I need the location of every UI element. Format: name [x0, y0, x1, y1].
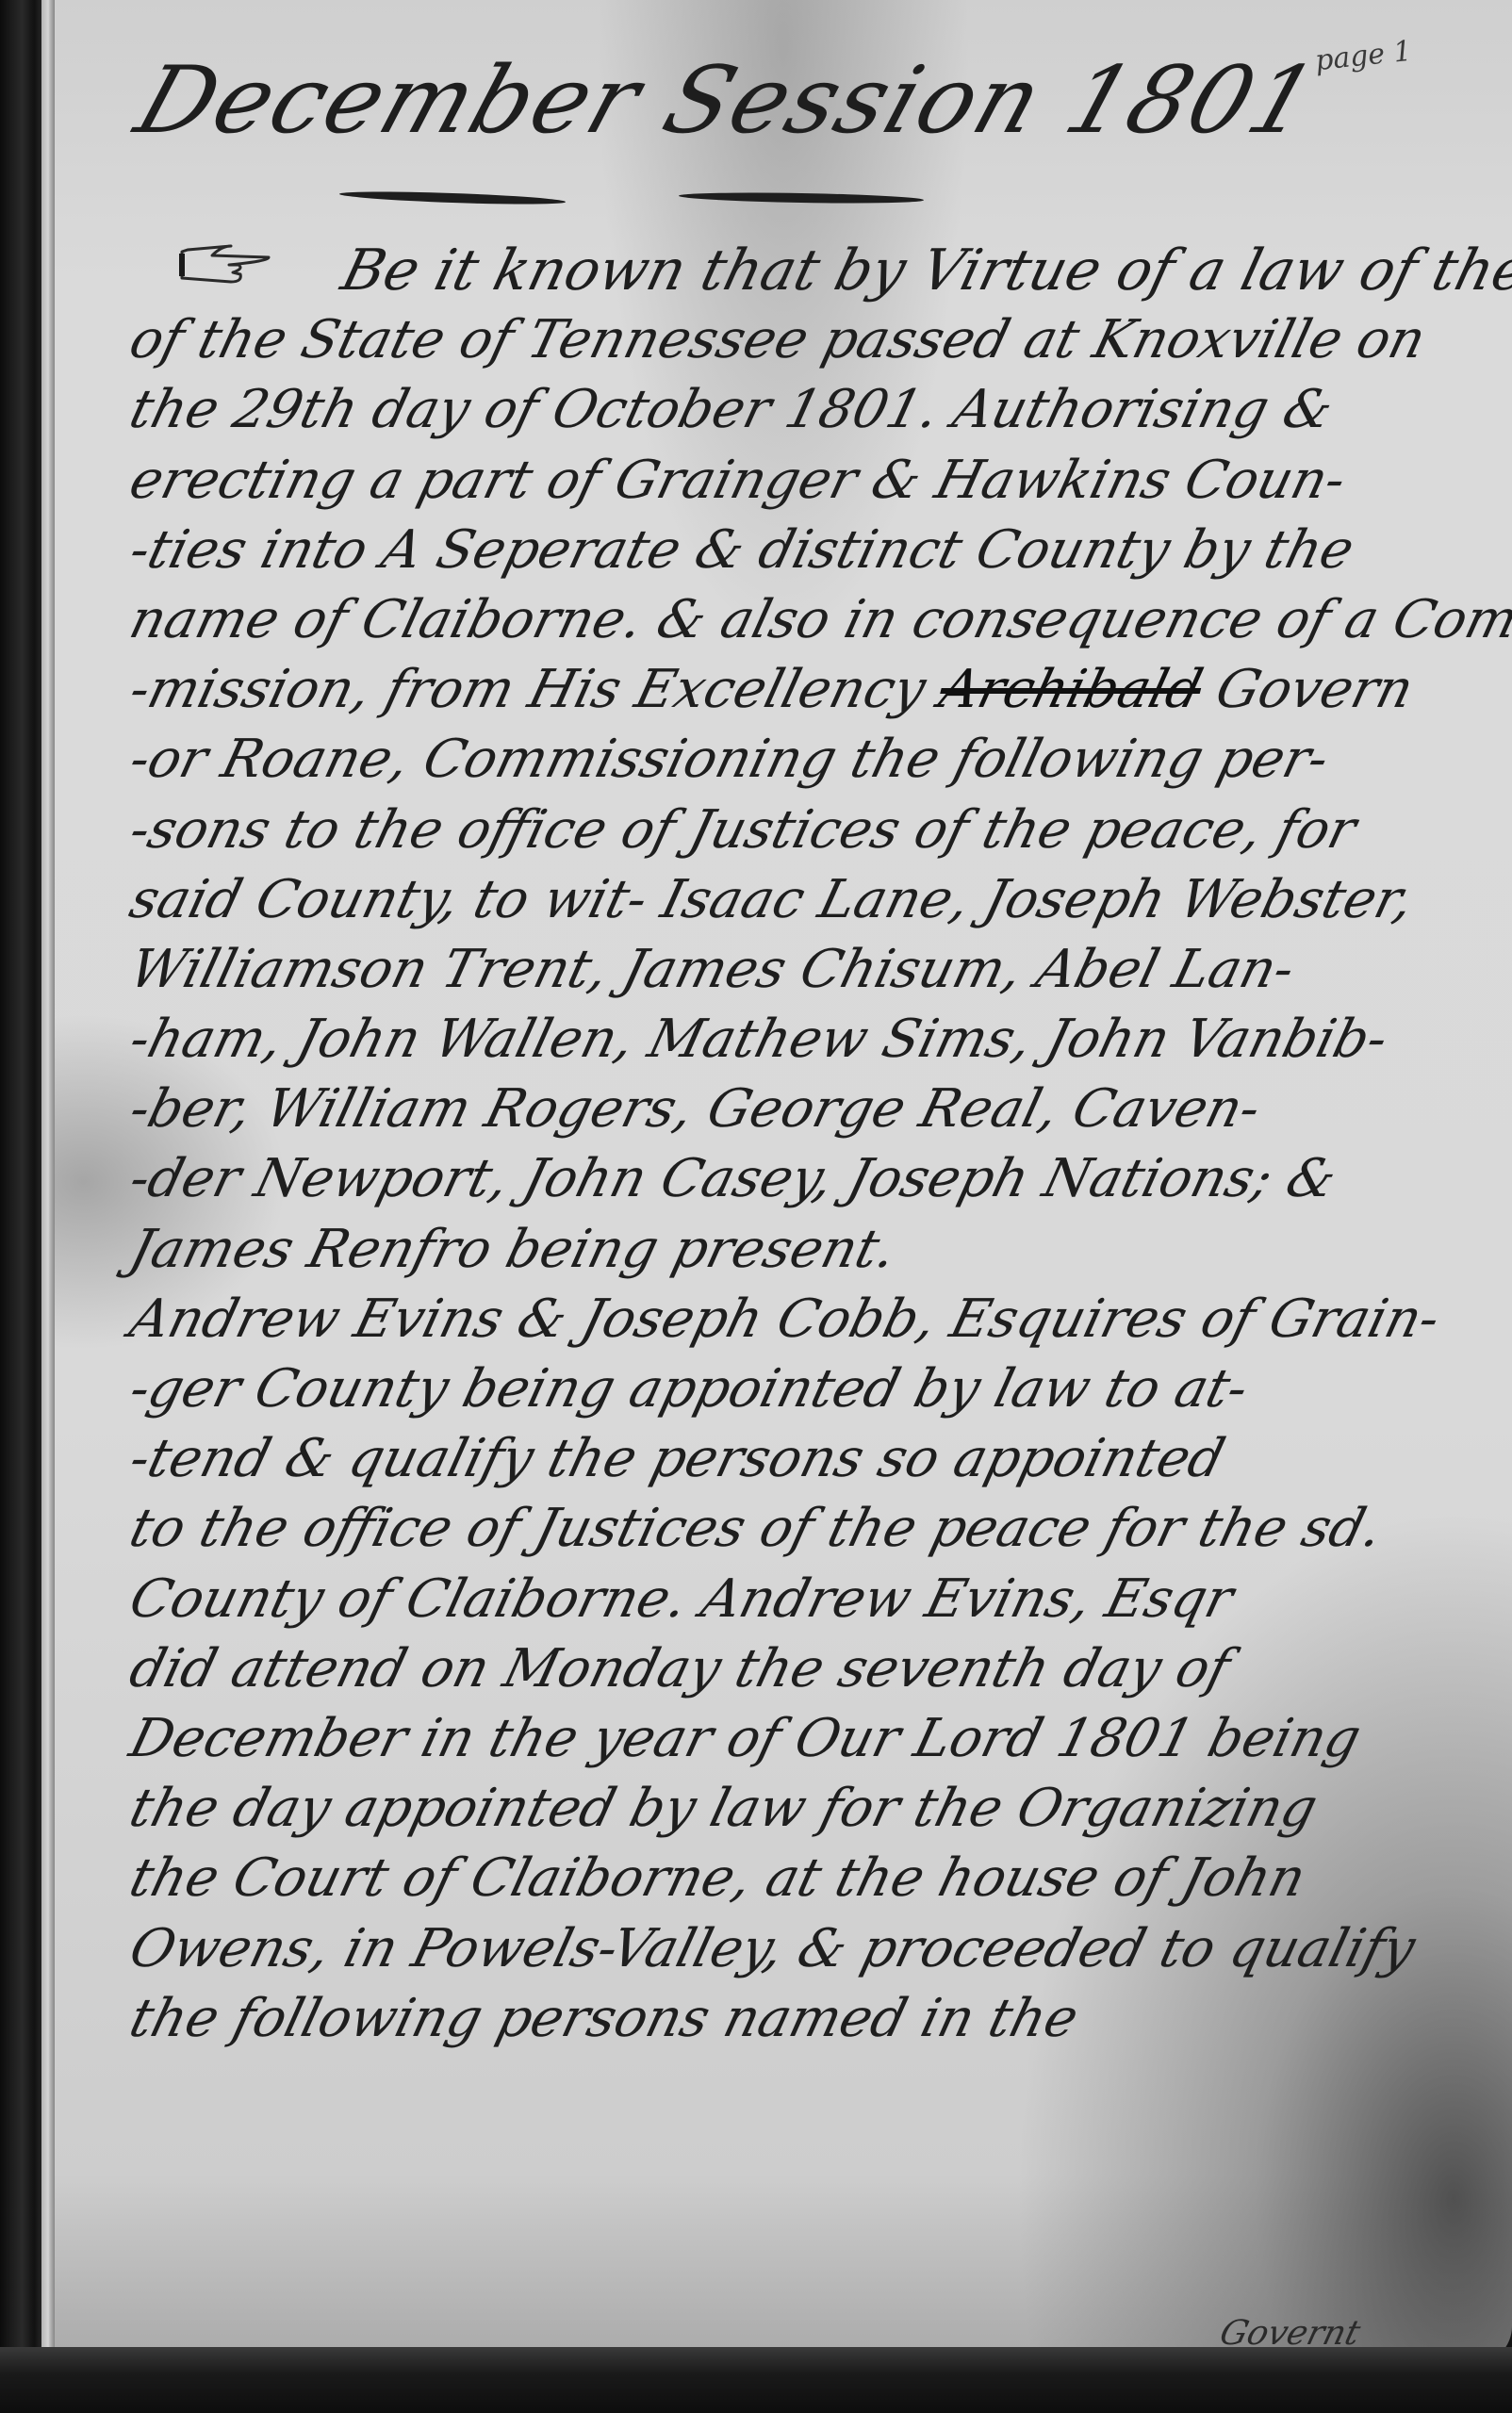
text-line: the Court of Claiborne, at the house of …	[123, 1844, 1497, 1913]
text-line: -ties into A Seperate & distinct County …	[123, 516, 1497, 585]
line-text: -or Roane, Commissioning the following p…	[123, 729, 1335, 790]
line-text: the Court of Claiborne, at the house of …	[123, 1847, 1311, 1909]
text-line: -tend & qualify the persons so appointed	[123, 1424, 1497, 1494]
text-line: -ber, William Rogers, George Real, Caven…	[123, 1075, 1497, 1144]
text-line: Be it known that by Virtue of a law of t…	[123, 236, 1497, 305]
text-line: of the State of Tennessee passed at Knox…	[123, 305, 1497, 375]
text-line: the 29th day of October 1801. Authorisin…	[123, 375, 1497, 445]
line-text: -ham, John Wallen, Mathew Sims, John Van…	[123, 1009, 1393, 1070]
line-text: the day appointed by law for the Organiz…	[123, 1778, 1323, 1839]
line-text: to the office of Justices of the peace f…	[123, 1498, 1389, 1559]
page-bottom-shadow	[0, 2347, 1512, 2413]
line-text: did attend on Monday the seventh day of	[123, 1638, 1236, 1699]
text-line: Andrew Evins & Joseph Cobb, Esquires of …	[123, 1285, 1497, 1354]
line-text: the 29th day of October 1801. Authorisin…	[123, 379, 1339, 440]
text-line: -mission, from His Excellency Archibald …	[123, 655, 1497, 725]
line-text: James Renfro being present.	[123, 1219, 902, 1280]
line-text: -sons to the office of Justices of the p…	[123, 799, 1362, 861]
text-line: -der Newport, John Casey, Joseph Nations…	[123, 1144, 1497, 1214]
document-scan: page 1 December Session 1801 Be it known…	[0, 0, 1512, 2413]
binding-edge	[41, 0, 55, 2375]
text-line: name of Claiborne. & also in consequence…	[123, 585, 1497, 655]
line-text: December in the year of Our Lord 1801 be…	[123, 1708, 1367, 1769]
text-line: -ham, John Wallen, Mathew Sims, John Van…	[123, 1005, 1497, 1075]
text-line: the following persons named in the	[123, 1984, 1497, 2054]
line-text: County of Claiborne. Andrew Evins, Esqr	[123, 1568, 1239, 1630]
line-text: Williamson Trent, James Chisum, Abel Lan…	[123, 939, 1300, 1000]
text-line: to the office of Justices of the peace f…	[123, 1494, 1497, 1564]
catchword: Governt	[1216, 2314, 1364, 2353]
struck-out-word: Archibald	[933, 659, 1208, 720]
line-text: erecting a part of Grainger & Hawkins Co…	[123, 450, 1352, 511]
text-line: did attend on Monday the seventh day of	[123, 1634, 1497, 1704]
session-heading: December Session 1801	[123, 47, 1330, 155]
text-line: Williamson Trent, James Chisum, Abel Lan…	[123, 935, 1497, 1005]
line-text: -ger County being appointed by law to at…	[123, 1358, 1254, 1420]
manuscript-body: Be it known that by Virtue of a law of t…	[123, 236, 1480, 2054]
line-text: said County, to wit- Isaac Lane, Joseph …	[123, 869, 1420, 930]
line-text: name of Claiborne. & also in consequence…	[123, 589, 1512, 650]
line-text: the following persons named in the	[123, 1988, 1084, 2049]
text-line: Owens, in Powels-Valley, & proceeded to …	[123, 1914, 1497, 1984]
line-text: Andrew Evins & Joseph Cobb, Esquires of …	[123, 1289, 1445, 1350]
text-line: erecting a part of Grainger & Hawkins Co…	[123, 446, 1497, 516]
line-text: of the State of Tennessee passed at Knox…	[123, 309, 1431, 370]
line-text: Be it known that by Virtue of a law of t…	[336, 238, 1512, 304]
line-text: -tend & qualify the persons so appointed	[123, 1428, 1230, 1489]
text-line: said County, to wit- Isaac Lane, Joseph …	[123, 865, 1497, 935]
text-line: the day appointed by law for the Organiz…	[123, 1774, 1497, 1844]
line-text: -mission, from His Excellency	[123, 659, 948, 720]
line-text: -ber, William Rogers, George Real, Caven…	[123, 1078, 1266, 1140]
text-line: December in the year of Our Lord 1801 be…	[123, 1704, 1497, 1774]
line-text: Govern	[1193, 659, 1420, 720]
text-line: -or Roane, Commissioning the following p…	[123, 725, 1497, 795]
text-line: James Renfro being present.	[123, 1215, 1497, 1285]
text-line: County of Claiborne. Andrew Evins, Esqr	[123, 1565, 1497, 1634]
line-text: -ties into A Seperate & distinct County …	[123, 519, 1359, 581]
line-text: -der Newport, John Casey, Joseph Nations…	[123, 1148, 1342, 1209]
text-line: -sons to the office of Justices of the p…	[123, 796, 1497, 865]
line-text: Owens, in Powels-Valley, & proceeded to …	[123, 1918, 1421, 1979]
text-line: -ger County being appointed by law to at…	[123, 1354, 1497, 1424]
